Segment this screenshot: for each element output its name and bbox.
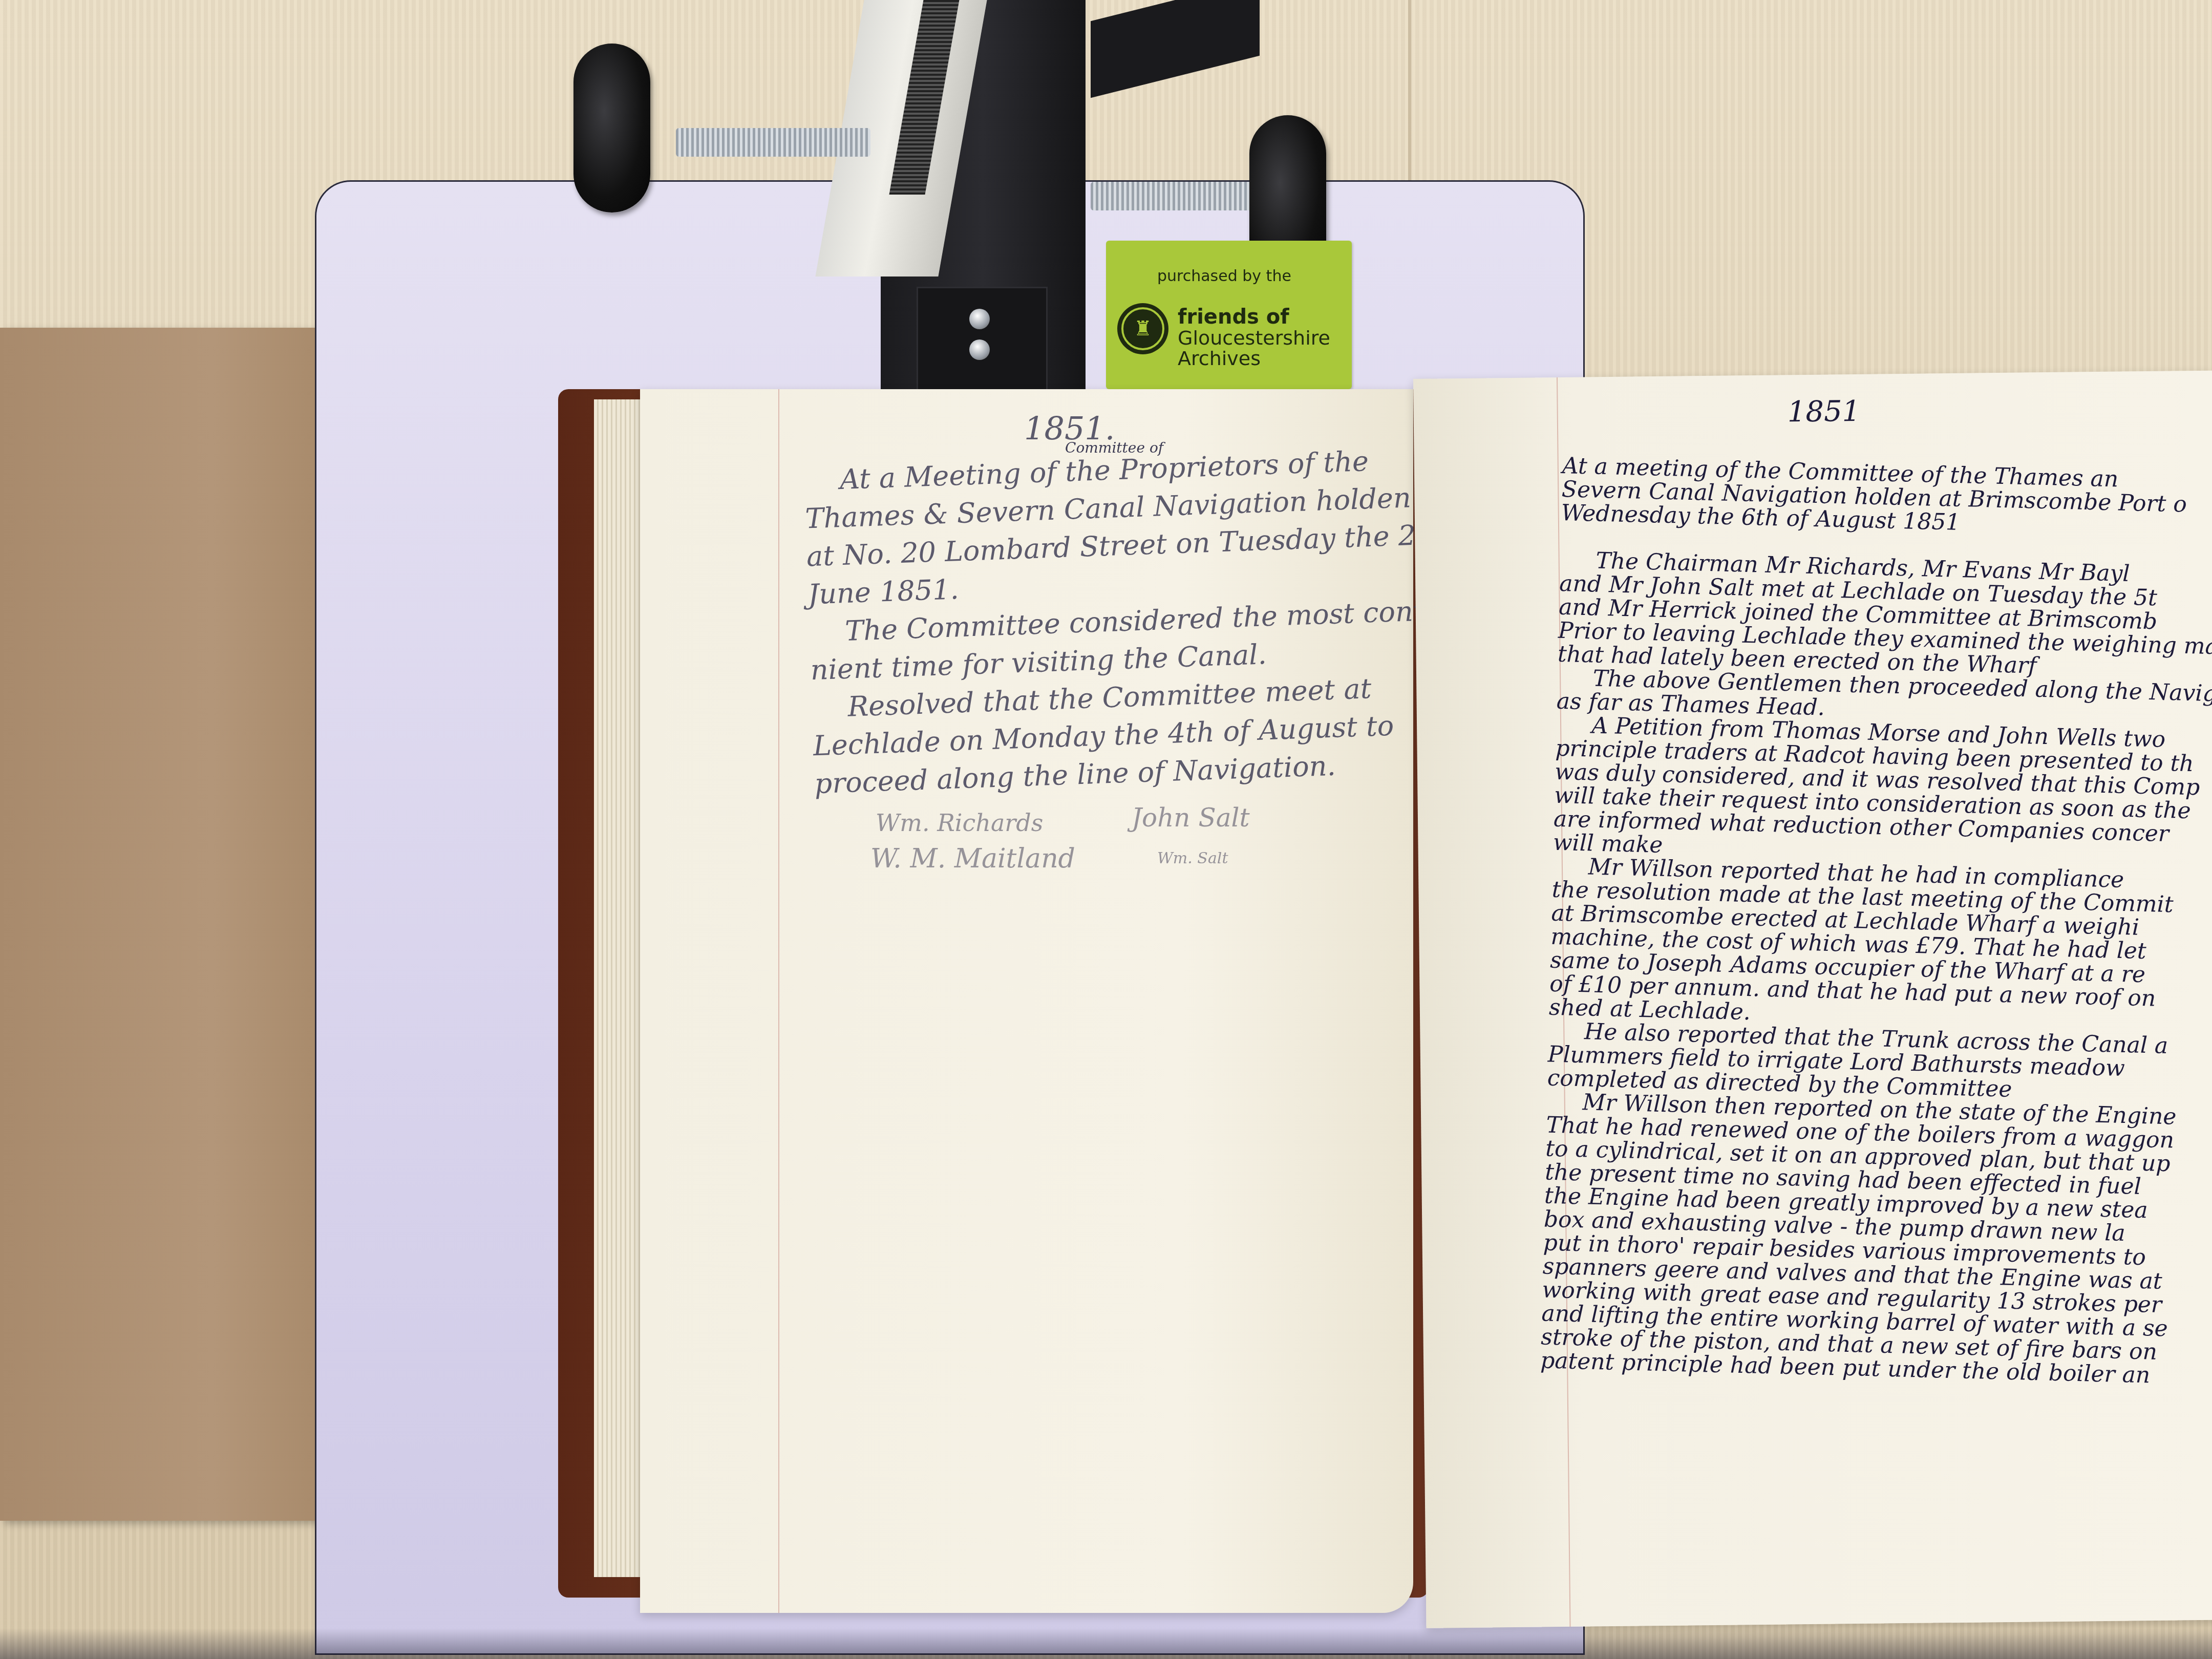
right-screw [1091,182,1254,210]
brown-board [0,328,353,1521]
sticker-archives: Archives [1178,347,1261,370]
bolt-icon [969,309,990,329]
right-page-body: At a meeting of the Committee of the Tha… [1540,454,2212,1390]
left-page-body: At a Meeting of the Proprietors of the T… [803,439,1471,803]
signature: Wm. Salt [1157,840,1228,878]
right-page: 1851 At a meeting of the Committee of th… [1413,371,2212,1628]
sticker-friends-of: friends of [1178,305,1289,329]
signature: John Salt [1132,799,1250,837]
castle-glyph: ♜ [1121,307,1164,350]
friends-of-gloucestershire-archives-sticker: purchased by the ♜ friends of Gloucester… [1106,241,1352,389]
signature: W. M. Maitland [870,840,1075,878]
left-screw [676,128,870,157]
right-page-year: 1851 [1787,400,1860,424]
margin-line [778,389,779,1613]
bottom-shadow [0,1628,2212,1659]
castle-seal-icon: ♜ [1117,303,1168,354]
sticker-gloucestershire: Gloucestershire [1178,327,1330,349]
sticker-purchased-text: purchased by the [1157,267,1291,285]
bolt-icon [969,339,990,360]
signature: Wm. Richards [876,804,1043,842]
clamp-foot [917,287,1048,397]
left-page: 1851. Committee of At a Meeting of the P… [640,389,1413,1613]
left-knob-icon[interactable] [573,44,650,212]
